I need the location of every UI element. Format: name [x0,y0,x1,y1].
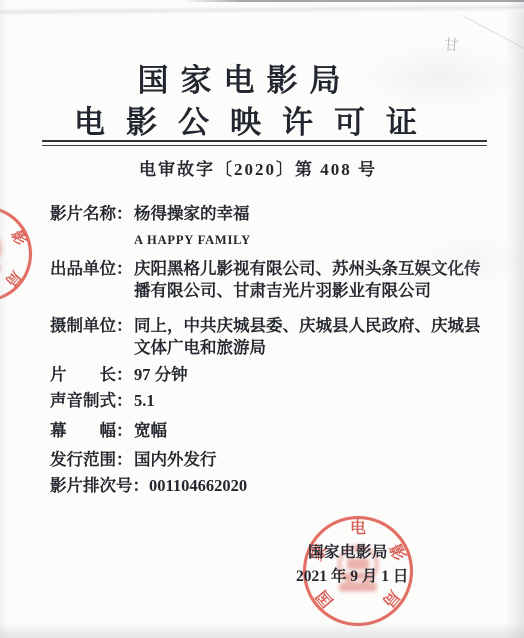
field-film-serial-number: 影片排次号： 001104662020 [50,475,486,497]
field-value: A HAPPY FAMILY [134,229,486,251]
scan-top-edge-line [182,0,524,2]
permit-fields: 影片名称： 杨得操家的幸福 A HAPPY FAMILY 出品单位： 庆阳黑格儿… [50,203,486,497]
field-label: 摄制单位： [50,315,134,337]
double-rule [42,140,487,146]
paper-crease [0,4,524,17]
film-screening-permit-document: 甘 国 家 电 影 局 国家电影局 电影公映许可证 电审故字〔2020〕第 40… [0,0,524,638]
field-label: 发行范围： [50,449,134,471]
field-film-title: 影片名称： 杨得操家的幸福 [50,203,486,225]
pencil-annotation: 甘 [443,34,459,56]
field-label: 片 长： [50,364,134,386]
field-label: 出品单位： [50,258,134,280]
seal-char-2: 电 [350,521,366,537]
field-label: 声音制式： [50,390,134,412]
field-value: 国内外发行 [134,449,486,471]
field-producers: 出品单位： 庆阳黑格儿影视有限公司、苏州头条互娱文化传 播有限公司、甘肃吉光片羽… [50,258,486,302]
field-sound-format: 声音制式： 5.1 [50,390,486,412]
field-label: 影片排次号： [50,475,149,497]
field-value: 5.1 [134,390,486,412]
signature-issuer: 国家电影局 [308,540,388,562]
field-film-title-english: A HAPPY FAMILY [50,229,486,251]
field-production-units: 摄制单位： 同上，中共庆城县委、庆城县人民政府、庆城县 文体广电和旅游局 [50,315,486,359]
field-value: 97 分钟 [134,364,486,386]
field-label: 影片名称： [50,203,134,225]
field-distribution-scope: 发行范围： 国内外发行 [50,449,486,471]
field-value: 宽幅 [134,420,486,442]
field-value: 同上，中共庆城县委、庆城县人民政府、庆城县 文体广电和旅游局 [134,315,486,359]
permit-title: 电影公映许可证 [0,107,518,138]
official-seal-left-partial: 国 家 电 影 局 [0,206,32,302]
permit-number: 电审故字〔2020〕第 408 号 [0,155,520,180]
field-label: 幕 幅： [50,420,134,442]
field-screen-format: 幕 幅： 宽幅 [50,420,486,442]
field-value: 庆阳黑格儿影视有限公司、苏州头条互娱文化传 播有限公司、甘肃吉光片羽影业有限公司 [134,258,486,302]
field-value: 001104662020 [149,475,486,497]
field-value: 杨得操家的幸福 [134,203,486,225]
signature-date: 2021 年 9 月 1 日 [296,564,408,586]
header-authority: 国家电影局 [0,65,507,96]
field-runtime: 片 长： 97 分钟 [50,364,486,386]
paper-corner-crease [462,0,524,49]
